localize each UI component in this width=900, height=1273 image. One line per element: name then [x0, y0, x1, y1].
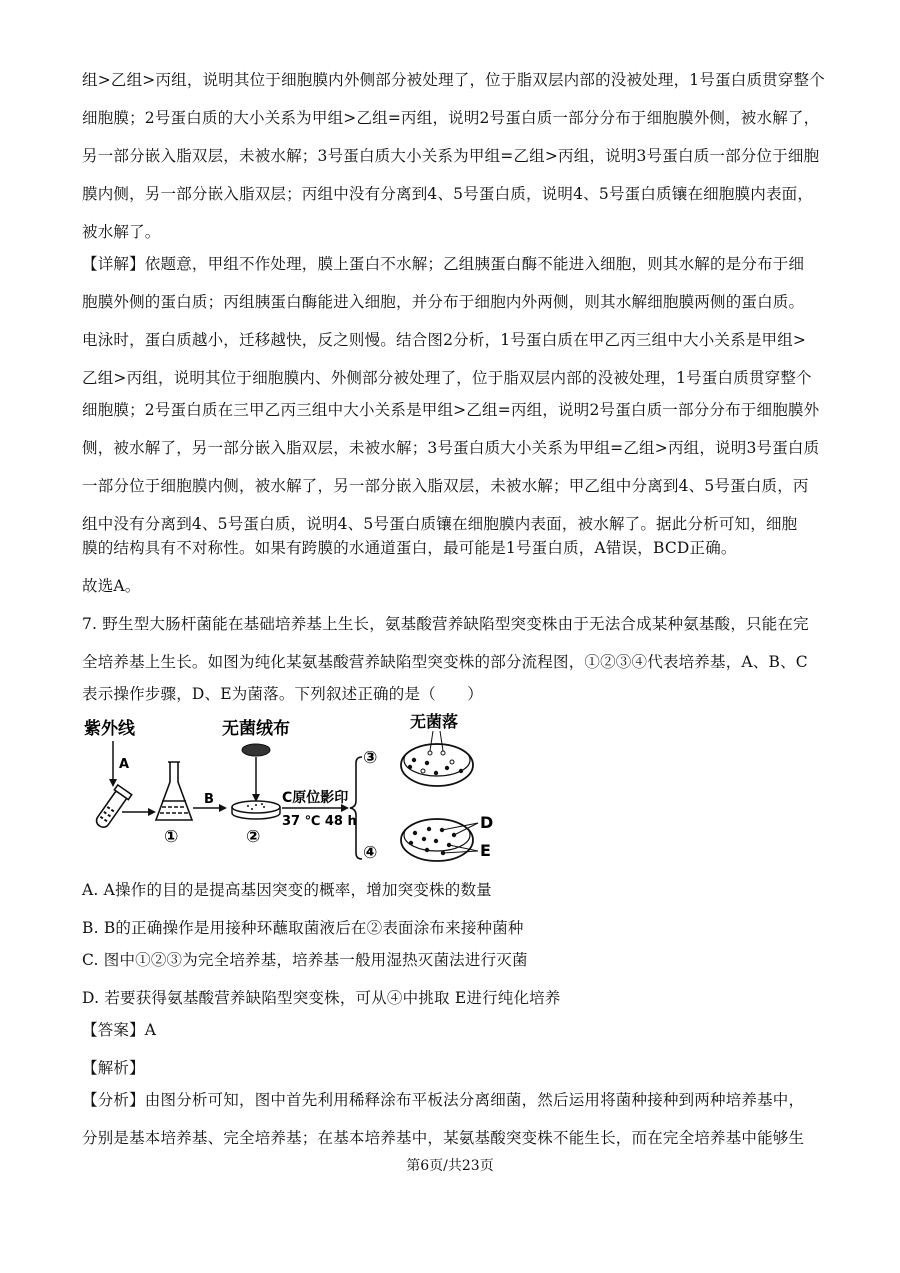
text-line: 被水解了。: [82, 222, 161, 242]
velvet-label: 无菌绒布: [222, 718, 290, 739]
medium-3-label: ③: [363, 748, 377, 768]
analysis-heading: 【解析】: [82, 1058, 145, 1078]
option-b: B. B的正确操作是用接种环蘸取菌液后在②表面涂布来接种菌种: [82, 918, 524, 938]
text-line: 细胞膜；2号蛋白质在三甲乙丙三组中大小关系是甲组>乙组=丙组，说明2号蛋白质一部…: [82, 400, 819, 420]
arrow-down-icon: [252, 757, 260, 802]
analysis-line: 【分析】由图分析可知，图中首先利用稀释涂布平板法分离细菌，然后运用将菌种接种到两…: [82, 1090, 804, 1110]
condition-label: 37 ℃ 48 h: [282, 814, 357, 829]
flask-icon: [156, 762, 192, 820]
question-stem: 7. 野生型大肠杆菌能在基础培养基上生长，氨基酸营养缺陷型突变株由于无法合成某种…: [82, 614, 809, 634]
text-line: 另一部分嵌入脂双层，未被水解；3号蛋白质大小关系为甲组=乙组>丙组，说明3号蛋白…: [82, 146, 819, 166]
medium-2-label: ②: [246, 827, 260, 847]
petri-dish-3-icon: [401, 731, 473, 786]
page-number-footer: 第6页/共23页: [0, 1157, 900, 1175]
colony-d-label: D: [480, 813, 493, 832]
text-line: 一部分位于细胞膜内侧，被水解了，另一部分嵌入脂双层，未被水解；甲乙组中分离到4、…: [82, 476, 809, 496]
step-c-label: C原位影印: [282, 789, 348, 806]
arrow-icon: [122, 808, 156, 816]
test-tube-icon: [93, 785, 132, 831]
step-b-label: B: [204, 792, 214, 807]
text-line: 胞膜外侧的蛋白质；丙组胰蛋白酶能进入细胞，并分布于细胞内外两侧，则其水解细胞膜两…: [82, 292, 804, 312]
petri-dish-2-icon: [232, 801, 280, 819]
text-line: 侧，被水解了，另一部分嵌入脂双层，未被水解；3号蛋白质大小关系为甲组=乙组>丙组…: [82, 438, 819, 458]
brace-icon: [350, 757, 362, 859]
text-line: 电泳时，蛋白质越小，迁移越快，反之则慢。结合图2分析，1号蛋白质在甲乙丙三组中大…: [82, 330, 806, 350]
option-a: A. A操作的目的是提高基因突变的概率，增加突变株的数量: [82, 880, 492, 900]
uv-label: 紫外线: [84, 718, 136, 739]
text-line: 细胞膜；2号蛋白质的大小关系为甲组>乙组=丙组，说明2号蛋白质一部分分布于细胞膜…: [82, 108, 819, 128]
text-line: 膜内侧，另一部分嵌入脂双层；丙组中没有分离到4、5号蛋白质，说明4、5号蛋白质镶…: [82, 184, 813, 204]
colony-e-label: E: [480, 841, 491, 860]
answer-line: 【答案】A: [82, 1020, 156, 1040]
option-d: D. 若要获得氨基酸营养缺陷型突变株，可从④中挑取 E进行纯化培养: [82, 988, 561, 1008]
option-c: C. 图中①②③为完全培养基，培养基一般用湿热灭菌法进行灭菌: [82, 950, 528, 970]
analysis-line: 分别是基本培养基、完全培养基；在基本培养基中，某氨基酸突变株不能生长，而在完全培…: [82, 1128, 804, 1148]
question-stem: 表示操作步骤，D、E为菌落。下列叙述正确的是（ ）: [82, 684, 483, 704]
question-stem: 全培养基上生长。如图为纯化某氨基酸营养缺陷型突变株的部分流程图，①②③④代表培养…: [82, 652, 808, 672]
medium-4-label: ④: [363, 843, 377, 863]
no-colony-label: 无菌落: [410, 712, 458, 731]
step-a-label: A: [119, 757, 129, 772]
document-page: 组>乙组>丙组，说明其位于细胞膜内外侧部分被处理了，位于脂双层内部的没被处理，1…: [0, 0, 900, 1273]
petri-dish-4-icon: [401, 819, 478, 861]
arrow-a-icon: [109, 741, 117, 787]
detail-heading-line: 【详解】依题意，甲组不作处理，膜上蛋白不水解；乙组胰蛋白酶不能进入细胞，则其水解…: [82, 254, 804, 274]
text-line: 组>乙组>丙组，说明其位于细胞膜内外侧部分被处理了，位于脂双层内部的没被处理，1…: [82, 70, 825, 90]
text-line: 组中没有分离到4、5号蛋白质，说明4、5号蛋白质镶在细胞膜内表面，被水解了。据此…: [82, 514, 797, 534]
velvet-icon: [242, 744, 270, 756]
flowchart-diagram: 紫外线 A ①: [80, 705, 520, 870]
conclusion-line: 故选A。: [82, 576, 141, 596]
text-line: 膜的结构具有不对称性。如果有跨膜的水通道蛋白，最可能是1号蛋白质，A错误，BCD…: [82, 538, 737, 558]
text-line: 乙组>丙组，说明其位于细胞膜内、外侧部分被处理了，位于脂双层内部的没被处理，1号…: [82, 368, 812, 388]
medium-1-label: ①: [164, 827, 178, 847]
